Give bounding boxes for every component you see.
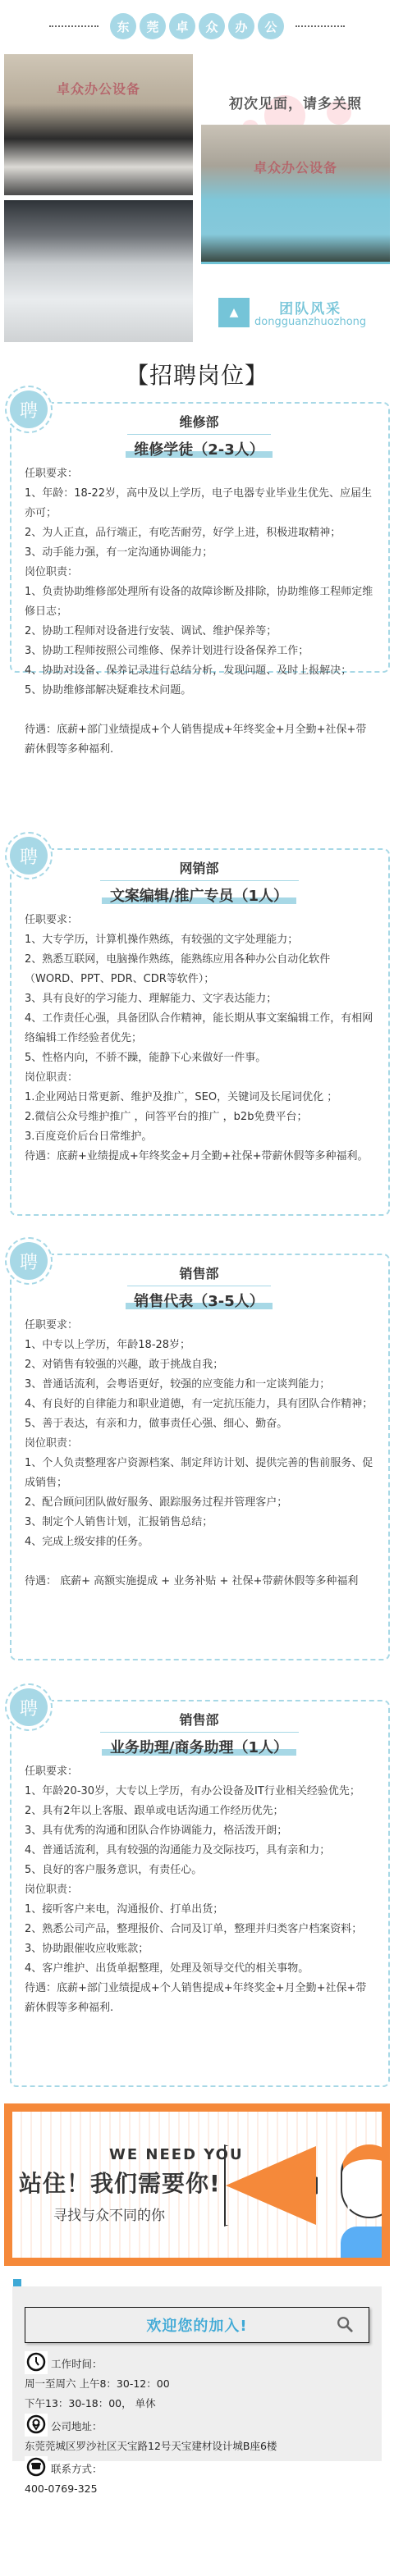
we-need-you-banner: WE NEED YOU 站住！我们需要你! 寻找与众不同的你 xyxy=(4,2103,390,2266)
title-char: 公 xyxy=(258,13,284,39)
address-label: 公司地址： xyxy=(51,2417,103,2437)
text-line: 5、善于表达，有亲和力，做事责任心强、细心、勤奋。 xyxy=(25,1414,373,1434)
team-badge-title: 团队风采 xyxy=(254,297,366,317)
text-line: 3.百度竞价后台日常维护。 xyxy=(25,1127,373,1147)
team-badge: ▲ 团队风采 dongguanzhuozhong xyxy=(218,297,366,328)
text-line: 1.企业网站日常更新、维护及推广，SEO，关键词及长尾词优化 ； xyxy=(25,1088,373,1108)
text-line: 1、年龄：18-22岁，高中及以上学历，电子电器专业毕业生优先、应届生亦可； xyxy=(25,484,373,523)
text-line: 2、具有2年以上客服、跟单或电话沟通工作经历优先； xyxy=(25,1802,373,1821)
banner-headline: 站住！我们需要你! xyxy=(19,2166,221,2199)
work-time-line: 周一至周六 上午8：30-12：00 xyxy=(25,2374,369,2394)
title-char: 办 xyxy=(228,13,254,39)
text-line: 4、完成上级安排的任务。 xyxy=(25,1532,373,1552)
job-card: 聘 网销部 文案编辑/推广专员（1人） 任职要求： 1、大专学历，计算机操作熟练… xyxy=(10,848,390,1216)
spacer xyxy=(25,1552,373,1572)
text-line: 1、接听客户来电，沟通报价、打单出货； xyxy=(25,1900,373,1920)
text-line: 岗位职责： xyxy=(25,1434,373,1454)
text-line: 1、大专学历，计算机操作熟练，有较强的文字处理能力； xyxy=(25,930,373,950)
recruit-badge: 聘 xyxy=(10,1688,48,1726)
job-description: 任职要求： 1、中专以上学历，年龄18-28岁； 2、对销售有较强的兴趣，敢于挑… xyxy=(25,1316,373,1592)
job-card: 聘 维修部 维修学徒（2-3人） 任职要求： 1、年龄：18-22岁，高中及以上… xyxy=(10,402,390,673)
job-card: 聘 销售部 业务助理/商务助理（1人） 任职要求： 1、年龄20-30岁，大专以… xyxy=(10,1700,390,2087)
divider xyxy=(100,1732,299,1733)
job-description: 任职要求： 1、大专学历，计算机操作熟练，有较强的文字处理能力； 2、熟悉互联网… xyxy=(25,911,373,1167)
text-line: 任职要求： xyxy=(25,911,373,930)
work-time-label: 工作时间： xyxy=(51,2354,103,2374)
text-line: 5、性格内向，不骄不躁，能静下心来做好一件事。 xyxy=(25,1048,373,1068)
recruit-badge: 聘 xyxy=(10,1242,48,1280)
text-line: 2、配合顾问团队做好服务、跟踪服务过程并管理客户； xyxy=(25,1493,373,1513)
office-photo xyxy=(4,200,193,342)
photo-sign-text: 卓众办公设备 xyxy=(4,79,193,98)
recruit-badge: 聘 xyxy=(10,391,48,428)
contact-label: 联系方式： xyxy=(51,2460,103,2479)
text-line: 任职要求： xyxy=(25,464,373,484)
benefits-text: 待遇：底薪+业绩提成+年终奖金+月全勤+社保+带薪休假等多种福利。 xyxy=(25,1147,373,1167)
location-pin-icon xyxy=(25,2414,48,2437)
job-description: 任职要求： 1、年龄20-30岁，大专以上学历，有办公设备及IT行业相关经验优先… xyxy=(25,1762,373,2018)
spacer xyxy=(25,701,373,720)
title-char: 卓 xyxy=(169,13,195,39)
text-line: 岗位职责： xyxy=(25,563,373,582)
text-line: 4、普通话流利，具有较强的沟通能力及交际技巧，具有亲和力； xyxy=(25,1841,373,1861)
banner-subline: 寻找与众不同的你 xyxy=(53,2204,165,2224)
text-line: 5、良好的客户服务意识，有责任心。 xyxy=(25,1861,373,1880)
company-title: 东 莞 卓 众 办 公 xyxy=(0,10,394,43)
text-line: 2、协助工程师对设备进行安装、调试、维护保养等； xyxy=(25,622,373,642)
banner-english-text: WE NEED YOU xyxy=(109,2146,244,2163)
text-line: 岗位职责： xyxy=(25,1068,373,1088)
text-line: 2、熟悉公司产品，整理报价、合同及订单，整理并归类客户档案资料； xyxy=(25,1920,373,1939)
text-line: 3、具有良好的学习能力、理解能力、文字表达能力； xyxy=(25,989,373,1009)
divider-left xyxy=(49,25,98,27)
team-badge-subtitle: dongguanzhuozhong xyxy=(254,316,366,328)
position-title: 维修学徒（2-3人） xyxy=(126,438,273,459)
welcome-text: 欢迎您的加入! xyxy=(146,2314,247,2336)
title-char: 东 xyxy=(110,13,136,39)
triangle-up-icon: ▲ xyxy=(218,298,250,327)
text-line: 4、工作责任心强，具备团队合作精神，能长期从事文案编辑工作，有相网络编辑工作经验… xyxy=(25,1009,373,1048)
benefits-text: 待遇：底薪+部门业绩提成+个人销售提成+年终奖金+月全勤+社保+带薪休假等多种福… xyxy=(25,720,373,760)
text-line: 5、协助维修部解决疑难技术问题。 xyxy=(25,681,373,701)
title-char: 众 xyxy=(199,13,225,39)
job-description: 任职要求： 1、年龄：18-22岁，高中及以上学历，电子电器专业毕业生优先、应届… xyxy=(25,464,373,760)
benefits-text: 待遇： 底薪+ 高额实施提成 + 业务补贴 + 社保+带薪休假等多种福利 xyxy=(25,1572,373,1592)
welcome-box[interactable]: 欢迎您的加入! xyxy=(25,2307,369,2343)
text-line: 岗位职责： xyxy=(25,1880,373,1900)
divider-right xyxy=(295,25,345,27)
person-shirt xyxy=(341,2227,382,2258)
greeting-text: 初次见面，请多关照 xyxy=(201,92,390,112)
text-line: 2.微信公众号维护推广 ，问答平台的推广 ，b2b免费平台； xyxy=(25,1108,373,1127)
position-title: 销售代表（3-5人） xyxy=(126,1290,273,1311)
text-line: 2、熟悉互联网，电脑操作熟练，能熟练应用各种办公自动化软件（WORD、PPT、P… xyxy=(25,950,373,989)
text-line: 1、个人负责整理客户资源档案、制定拜访计划、提供完善的售前服务、促成销售； xyxy=(25,1454,373,1493)
recruit-badge: 聘 xyxy=(10,837,48,875)
text-line: 4、有良好的自律能力和职业道德，有一定抗压能力，具有团队合作精神； xyxy=(25,1395,373,1414)
text-line: 3、具有优秀的沟通和团队合作协调能力，格活泼开朗； xyxy=(25,1821,373,1841)
clock-icon xyxy=(25,2351,48,2374)
text-line: 3、普通话流利，会粤语更好，较强的应变能力和一定谈判能力； xyxy=(25,1375,373,1395)
title-char: 莞 xyxy=(140,13,166,39)
text-line: 1、年龄20-30岁，大专以上学历，有办公设备及IT行业相关经验优先； xyxy=(25,1782,373,1802)
team-photo-office-sign: 卓众办公设备 xyxy=(4,54,193,195)
phone-number[interactable]: 400-0769-325 xyxy=(25,2479,369,2499)
work-time-line: 下午13：30-18：00， 单休 xyxy=(25,2394,369,2414)
text-line: 2、对销售有较强的兴趣，敢于挑战自我； xyxy=(25,1355,373,1375)
text-line: 1、中专以上学历，年龄18-28岁； xyxy=(25,1336,373,1355)
contact-info-panel: 欢迎您的加入! 工作时间： 周一至周六 上午8：30-12：00 下午13：30… xyxy=(12,2286,382,2461)
department: 网销部 xyxy=(25,858,373,877)
address-text: 东莞莞城区罗沙社区天宝路12号天宝建材设计城B座6楼 xyxy=(25,2437,369,2456)
text-line: 1、负责协助维修部处理所有设备的故障诊断及排除，协助维修工程师定维修日志； xyxy=(25,582,373,622)
text-line: 4、客户维护、出货单据整理，处理及领导交代的相关事物。 xyxy=(25,1959,373,1979)
phone-icon xyxy=(25,2456,48,2479)
text-line: 2、为人正直，品行端正，有吃苦耐劳，好学上进，积极进取精神； xyxy=(25,523,373,543)
text-line: 3、制定个人销售计划，汇报销售总结； xyxy=(25,1513,373,1532)
text-line: 3、协助工程师按照公司维修、保养计划进行设备保养工作； xyxy=(25,642,373,661)
search-icon[interactable] xyxy=(336,2315,354,2333)
position-title: 文案编辑/推广专员（1人） xyxy=(102,884,296,906)
text-line: 4、协助对设备、保养记录进行总结分析，发现问题、及时上报解决； xyxy=(25,661,373,681)
department: 销售部 xyxy=(25,1710,373,1729)
divider xyxy=(100,880,299,881)
team-photo-blue-shirts: 卓众办公设备 xyxy=(201,125,390,264)
benefits-text: 待遇：底薪+部门业绩提成+个人销售提成+年终奖金+月全勤+社保+带薪休假等多种福… xyxy=(25,1979,373,2018)
position-title: 业务助理/商务助理（1人） xyxy=(102,1736,296,1757)
text-line: 任职要求： xyxy=(25,1762,373,1782)
job-card: 聘 销售部 销售代表（3-5人） 任职要求： 1、中专以上学历，年龄18-28岁… xyxy=(10,1254,390,1660)
department: 维修部 xyxy=(25,412,373,431)
text-line: 3、协助跟催收应收账款； xyxy=(25,1939,373,1959)
photo-sign-text: 卓众办公设备 xyxy=(201,158,390,176)
divider xyxy=(127,434,271,435)
text-line: 任职要求： xyxy=(25,1316,373,1336)
department: 销售部 xyxy=(25,1263,373,1282)
text-line: 3、动手能力强，有一定沟通协调能力； xyxy=(25,543,373,563)
person-illustration xyxy=(341,2144,382,2218)
divider xyxy=(127,1286,271,1286)
section-title: 【招聘岗位】 xyxy=(0,358,394,391)
